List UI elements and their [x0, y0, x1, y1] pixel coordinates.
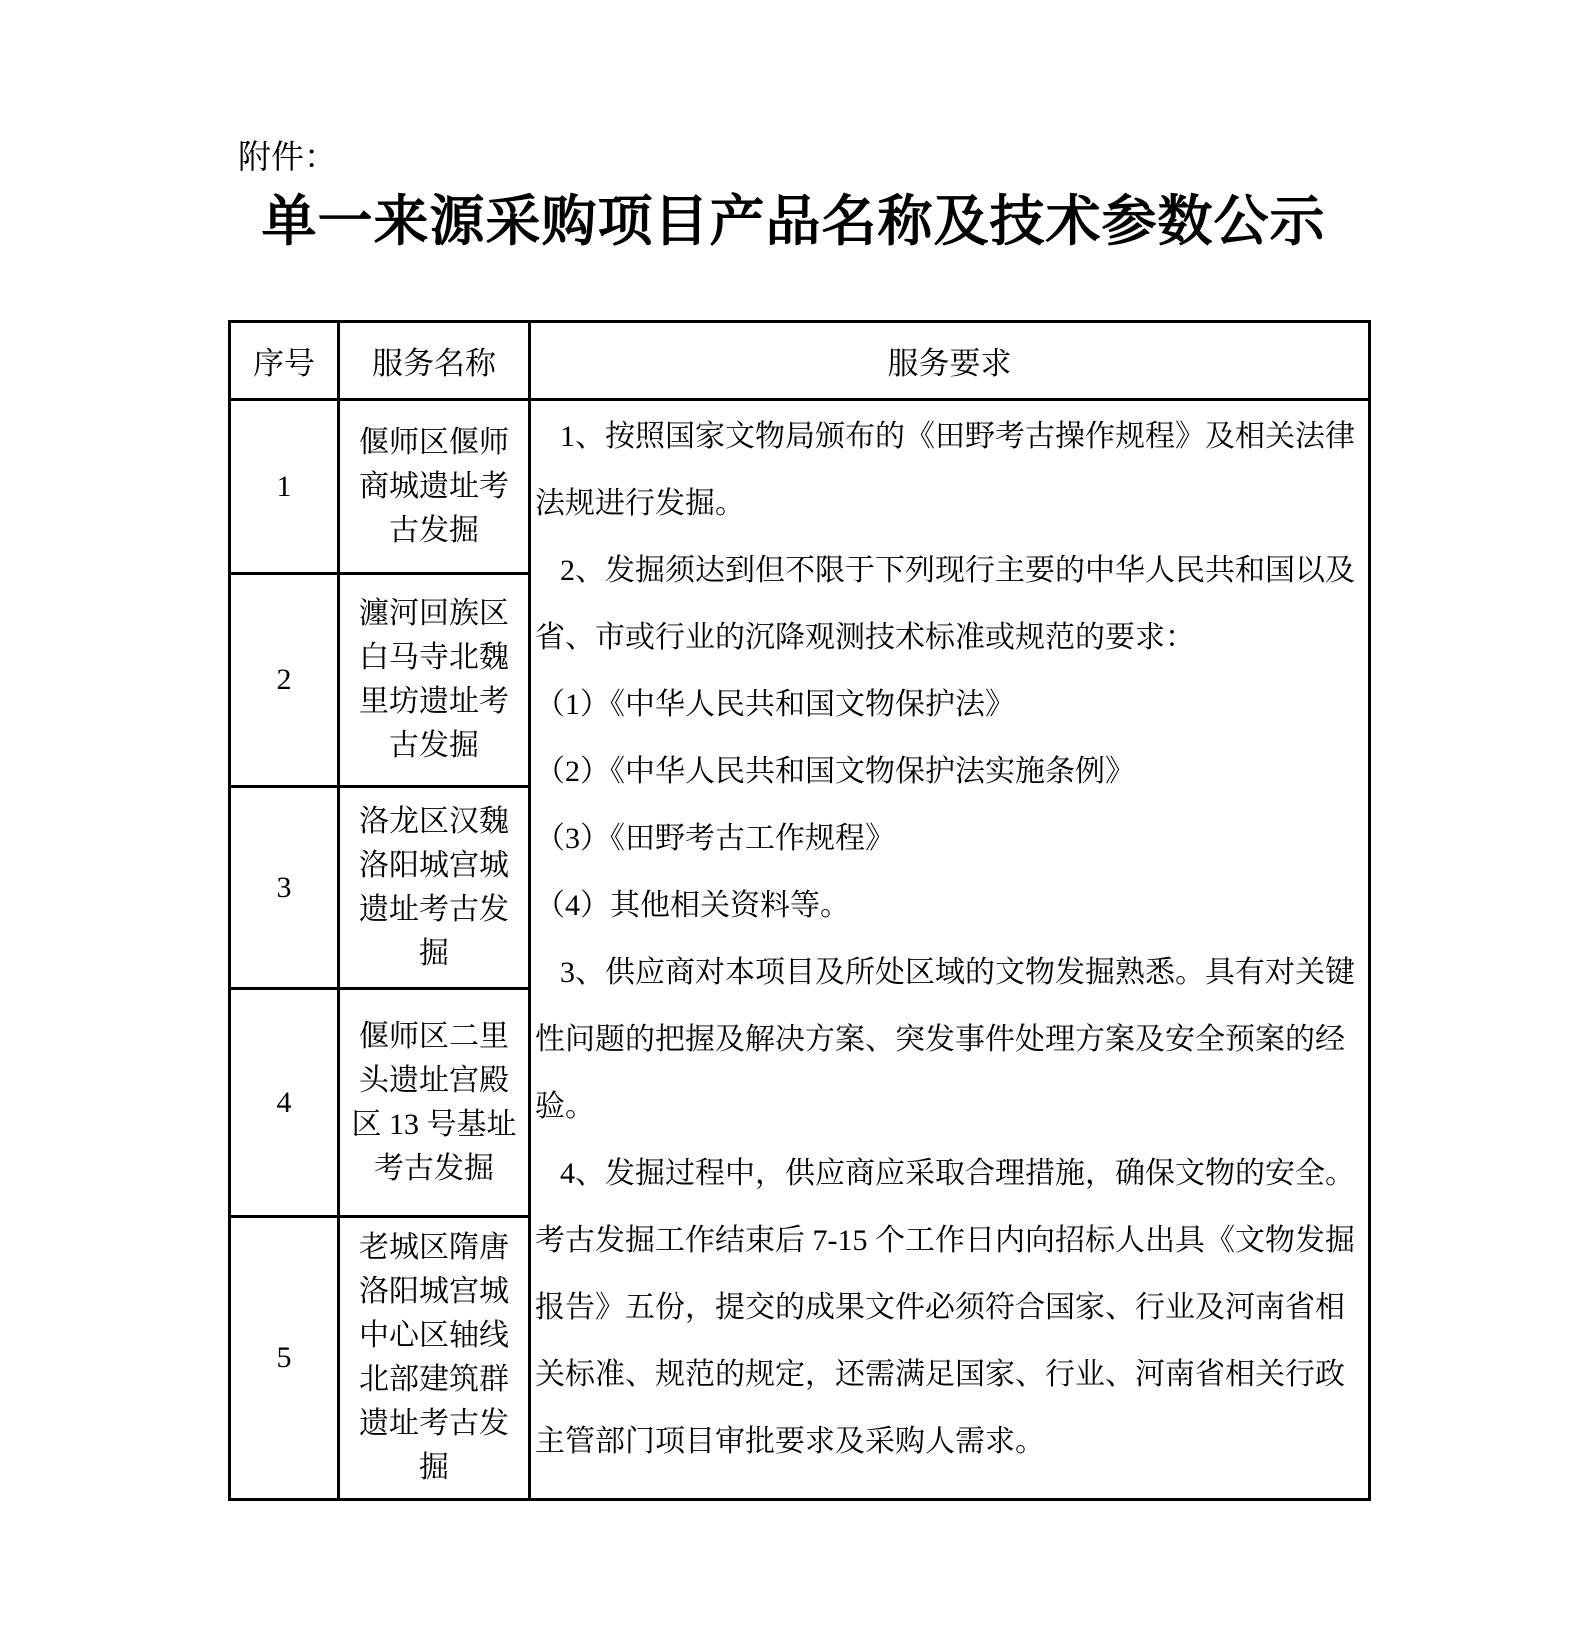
row-index: 1: [230, 400, 339, 574]
row-index: 4: [230, 989, 339, 1217]
service-name: 偃师区偃师商城遗址考古发掘: [339, 400, 530, 574]
requirement-paragraph: 2、发掘须达到但不限于下列现行主要的中华人民共和国以及省、市或行业的沉降观测技术…: [535, 537, 1358, 671]
requirement-paragraph: 4、发掘过程中，供应商应采取合理措施，确保文物的安全。考古发掘工作结束后 7-1…: [535, 1140, 1358, 1475]
requirement-list-item: （3）《田野考古工作规程》: [535, 805, 1358, 872]
requirement-list-item: （1）《中华人民共和国文物保护法》: [535, 671, 1358, 738]
service-requirements-cell: 1、按照国家文物局颁布的《田野考古操作规程》及相关法律法规进行发掘。 2、发掘须…: [530, 400, 1370, 1500]
service-name: 老城区隋唐洛阳城宫城中心区轴线北部建筑群遗址考古发掘: [339, 1217, 530, 1500]
header-index: 序号: [230, 322, 339, 400]
procurement-table: 序号 服务名称 服务要求 1 偃师区偃师商城遗址考古发掘 1、按照国家文物局颁布…: [228, 320, 1371, 1501]
attachment-label: 附件：: [238, 134, 337, 182]
requirement-list-item: （2）《中华人民共和国文物保护法实施条例》: [535, 738, 1358, 805]
row-index: 3: [230, 787, 339, 989]
service-name: 瀍河回族区白马寺北魏里坊遗址考古发掘: [339, 574, 530, 787]
requirement-paragraph: 1、按照国家文物局颁布的《田野考古操作规程》及相关法律法规进行发掘。: [535, 403, 1358, 537]
service-name: 洛龙区汉魏洛阳城宫城遗址考古发掘: [339, 787, 530, 989]
requirement-list-item: （4）其他相关资料等。: [535, 872, 1358, 939]
table-row: 1 偃师区偃师商城遗址考古发掘 1、按照国家文物局颁布的《田野考古操作规程》及相…: [230, 400, 1370, 574]
service-name: 偃师区二里头遗址宫殿区 13 号基址考古发掘: [339, 989, 530, 1217]
requirement-paragraph: 3、供应商对本项目及所处区域的文物发掘熟悉。具有对关键性问题的把握及解决方案、突…: [535, 939, 1358, 1140]
header-service-requirements: 服务要求: [530, 322, 1370, 400]
row-index: 5: [230, 1217, 339, 1500]
row-index: 2: [230, 574, 339, 787]
header-service-name: 服务名称: [339, 322, 530, 400]
table-header-row: 序号 服务名称 服务要求: [230, 322, 1370, 400]
page-title: 单一来源采购项目产品名称及技术参数公示: [0, 186, 1587, 258]
